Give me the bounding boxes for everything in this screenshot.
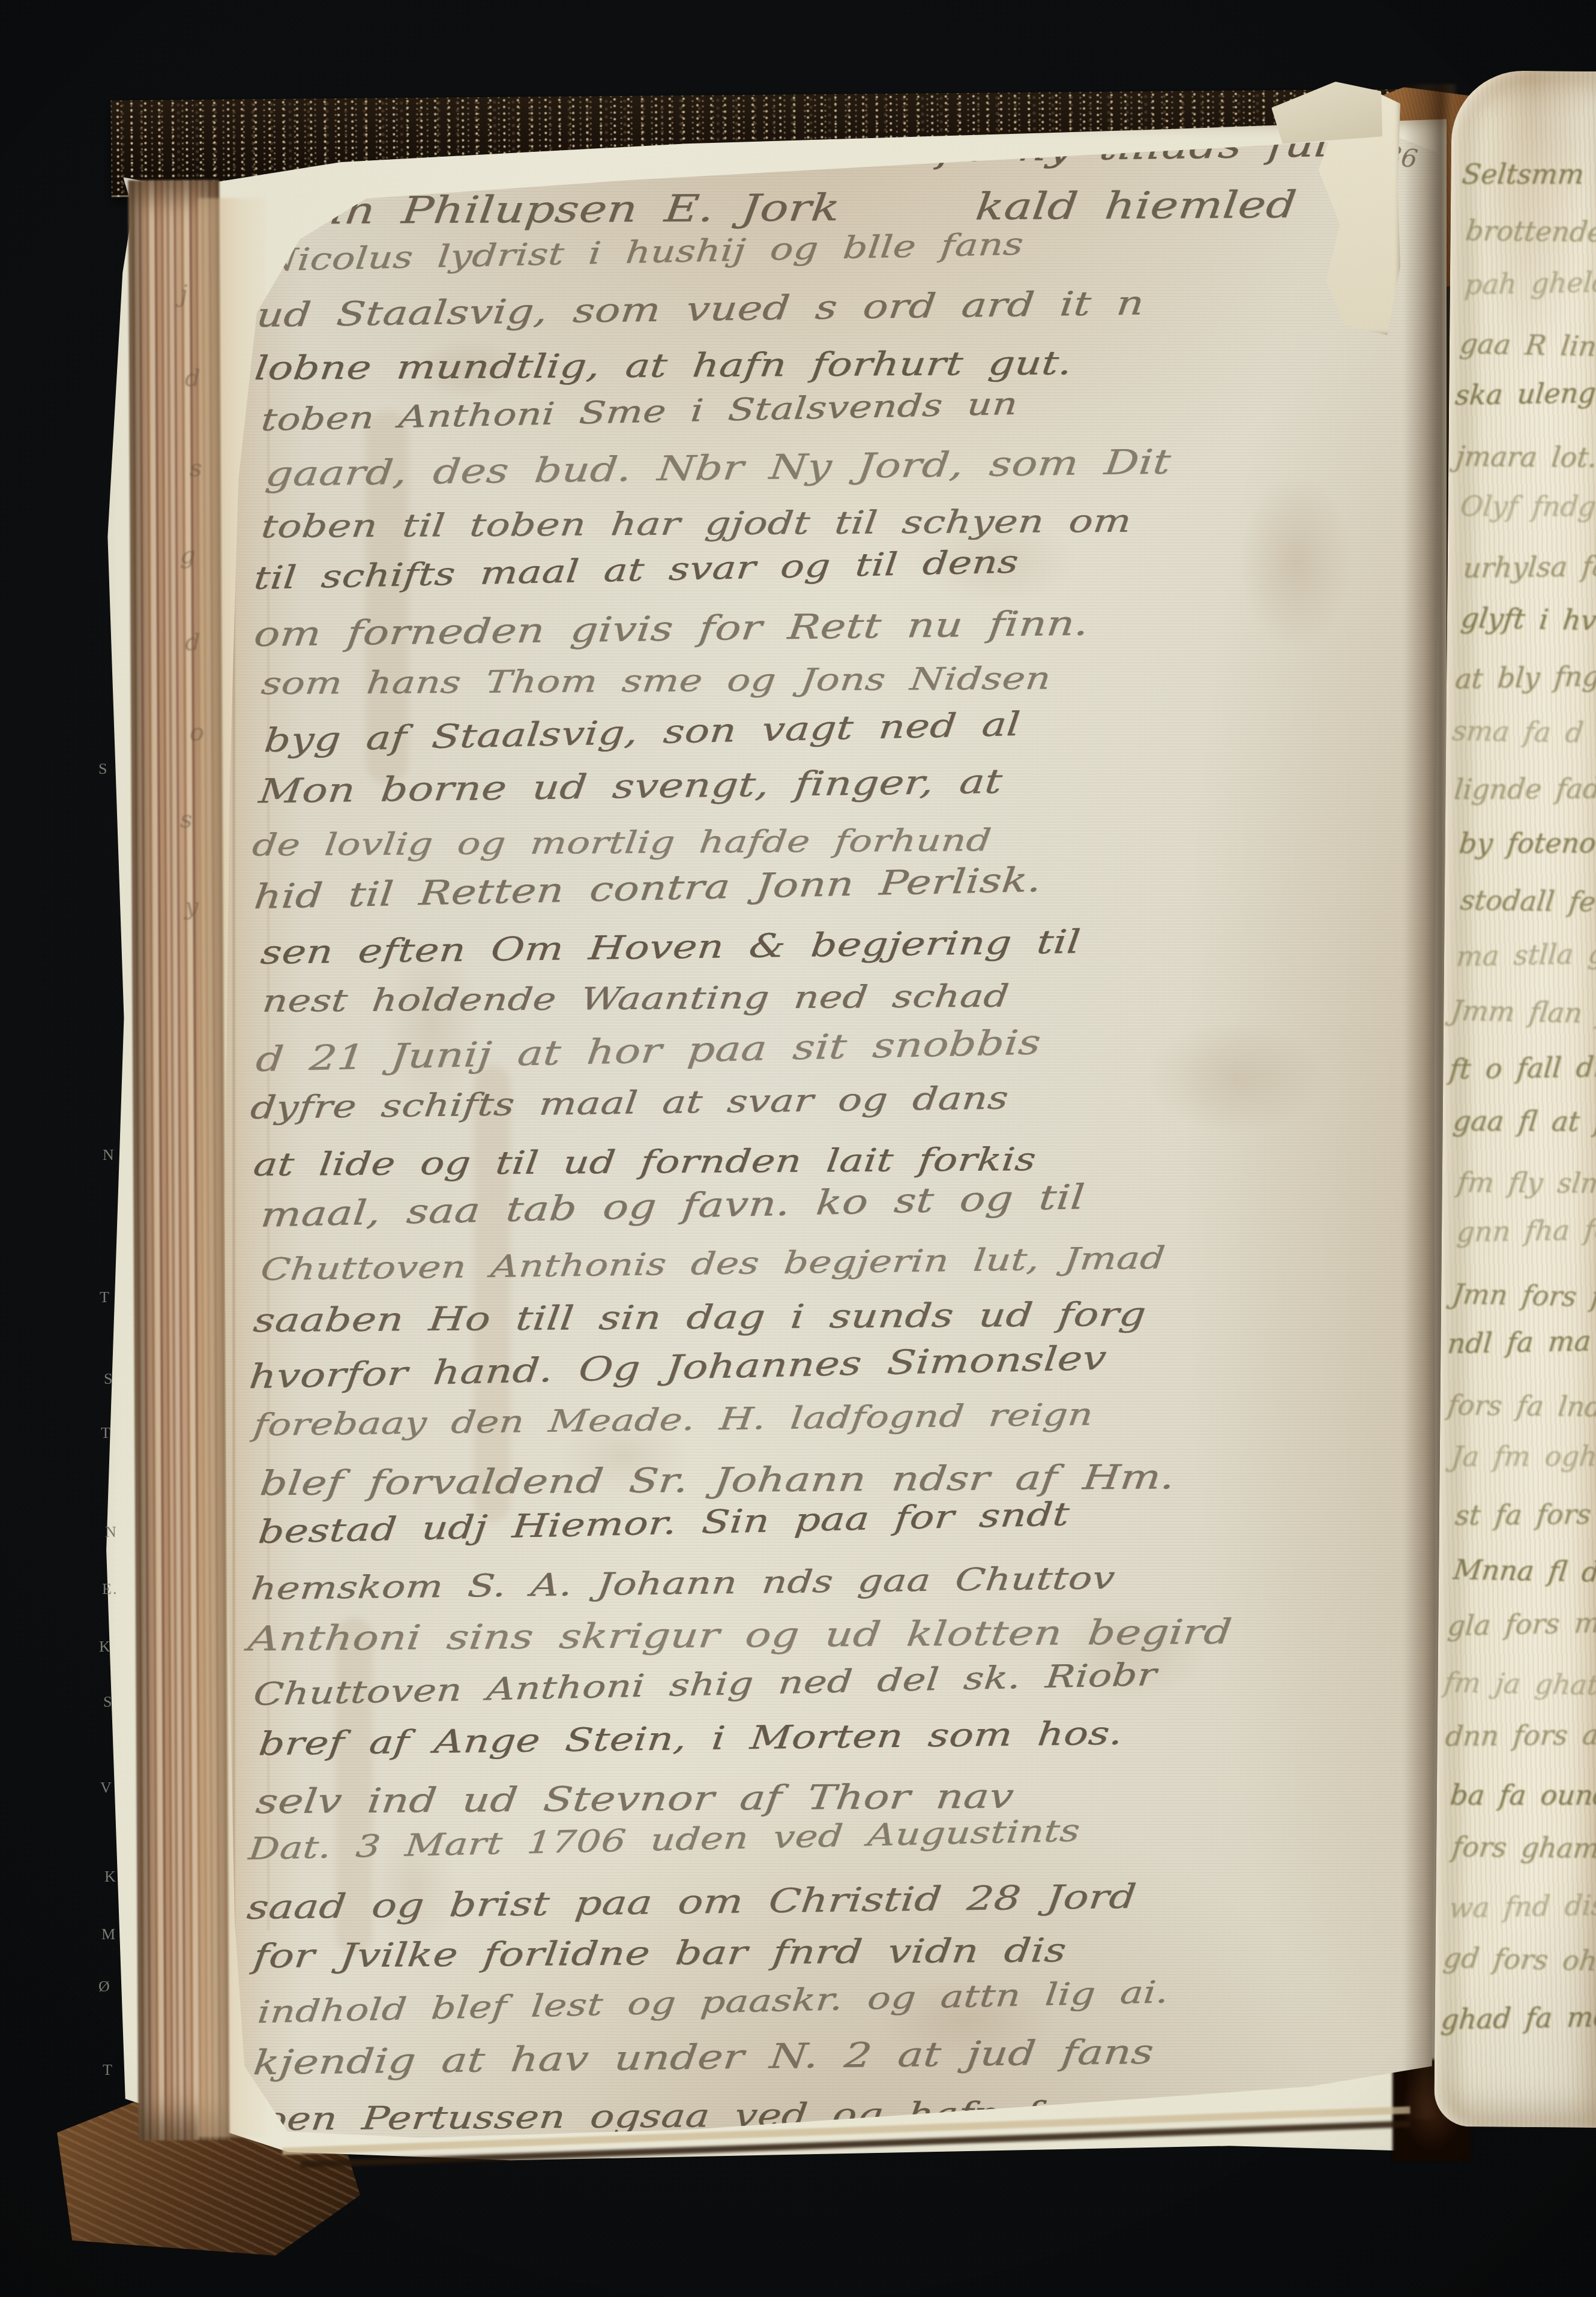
flyleaf-letter: S: [103, 1694, 113, 1710]
right-page-line: Ja fm ogha: [1450, 1442, 1596, 1470]
right-page-line: Jmm flan fors: [1450, 997, 1596, 1028]
manuscript-line: kjendig at hav under N. 2 at jud fans: [251, 2035, 1155, 2080]
flyleaf-letter: T: [100, 1290, 110, 1305]
flyleaf-letter: N: [103, 1147, 115, 1163]
manuscript-line: dyfre schifts maal at svar og dans: [249, 1082, 1010, 1124]
manuscript-line: Dat. 3 Mart 1706 uden ved Augustints: [247, 1816, 1082, 1865]
flyleaf-letter: K: [99, 1639, 112, 1655]
manuscript-line: som hans Thom sme og Jons Nidsen: [259, 664, 1052, 700]
right-page-line: gaa R lin sklg: [1458, 330, 1596, 361]
manuscript-line: forebaay den Meade. H. ladfognd reign: [252, 1399, 1095, 1441]
manuscript-line: saaben Ho till sin dag i sunds ud forg: [251, 1298, 1148, 1337]
right-page-line: Olyf fndg fra d: [1459, 492, 1596, 521]
right-page-line: jmara lot. ol 28: [1455, 442, 1596, 472]
right-page-line: wa fnd dis: [1448, 1891, 1596, 1922]
right-page-line: sma fa d o by: [1451, 717, 1596, 748]
manuscript-line: toben til toben har gjodt til schyen om: [260, 506, 1133, 543]
manuscript-line: lobne mundtlig, at hafn forhurt gut.: [253, 346, 1074, 385]
margin-ink-mark: s: [180, 807, 193, 832]
right-page-line: ghad fa mo: [1440, 2003, 1596, 2033]
right-page-line: fors fa lnd: [1446, 1391, 1596, 1420]
flyleaf-letter: S: [104, 1371, 113, 1387]
right-page-line: gaa fl at fly: [1451, 1107, 1596, 1135]
right-page-line: st fa fors g: [1454, 1500, 1596, 1529]
right-page-line: dnn fors a: [1444, 1721, 1596, 1750]
manuscript-line: bref af Ange Stein, i Morten som hos.: [257, 1717, 1125, 1760]
manuscript-line: ud Staalsvig, som vued s ord ard it n: [254, 287, 1146, 333]
right-page-line: fm ja ghat: [1442, 1668, 1596, 1699]
right-page-line: pah gheld flim: [1464, 267, 1596, 298]
right-page-line: lignde fad o: [1453, 774, 1596, 803]
right-page-line: Jmn fors fa: [1451, 1280, 1596, 1311]
flyleaf-letter: Ø: [98, 1979, 111, 1994]
right-page-line: urhylsa fan til: [1462, 552, 1596, 582]
right-page-line: gla fors ma: [1447, 1608, 1596, 1640]
right-page-line: gd fors ohm: [1442, 1944, 1596, 1975]
right-page-line: Mnna fl da: [1451, 1556, 1596, 1586]
flyleaf-letter: T: [101, 1425, 112, 1441]
manuscript-line: at lide og til ud fornden lait forkis: [252, 1143, 1038, 1180]
handwritten-text-block: N. / At jndfangs b. hinden fir ny tillad…: [210, 129, 1441, 2170]
right-page-line: fors gham d: [1451, 1833, 1596, 1862]
right-page-line: at bly fng fen: [1454, 661, 1596, 693]
right-page-line: glyft i hvor 3: [1459, 604, 1596, 635]
manuscript-line: hid til Retten contra Jonn Perlisk.: [252, 863, 1043, 914]
manuscript-line: toben Anthoni Sme i Stalsvends un: [260, 389, 1019, 436]
manuscript-line: Nicolus lydrist i hushij og blle fans: [262, 229, 1025, 276]
right-page-text-block: Seltsmm mne ghelftbrottende Junmgspah gh…: [1434, 70, 1596, 2128]
manuscript-line: nest holdende Waanting ned schad: [261, 982, 1011, 1018]
right-page-line: ndl fa ma g: [1447, 1326, 1596, 1357]
margin-ink-mark: g: [180, 543, 196, 567]
archival-photo-scene: SNTSTNE.KSVKMØT jdsgdosy N. / At jndfang…: [0, 0, 1596, 2297]
manuscript-line: de lovlig og mortlig hafde forhund: [250, 826, 993, 861]
right-page-line: Seltsmm mne ghelft: [1460, 160, 1596, 188]
right-page-line: stodall fens 5: [1459, 886, 1596, 917]
margin-ink-mark: y: [185, 895, 199, 919]
right-page-line: by fotenor il: [1458, 829, 1596, 857]
manuscript-line: Anthoni sins skrigur og ud klotten begir…: [246, 1615, 1233, 1656]
flyleaf-letter: T: [103, 2062, 113, 2078]
manuscript-line: maal, saa tab og favn. ko st og til: [259, 1180, 1086, 1233]
manuscript-line: om forneden givis for Rett nu finn.: [253, 606, 1091, 652]
margin-ink-mark: d: [185, 630, 200, 654]
right-page-line: ska ulenghen g: [1454, 377, 1596, 409]
manuscript-line: til schifts maal at svar og til dens: [253, 546, 1020, 594]
manuscript-line: Mon borne ud svengt, finger, at: [257, 765, 1004, 809]
manuscript-line: byg af Staalsvig, son vagt ned al: [263, 708, 1022, 757]
right-page-line: ma stlla g fo: [1456, 939, 1596, 971]
flyleaf-letter: E.: [102, 1581, 118, 1597]
manuscript-line: saad og brist paa om Christid 28 Jord: [245, 1880, 1138, 1925]
right-page-line: brottende Junmgs: [1465, 217, 1596, 247]
margin-ink-mark: s: [190, 456, 202, 480]
manuscript-line: selv ind ud Stevnor af Thor nav: [254, 1780, 1016, 1820]
manuscript-right-page: Seltsmm mne ghelftbrottende Junmgspah gh…: [1434, 70, 1596, 2128]
manuscript-line: bestad udj Hiemor. Sin paa for sndt: [257, 1498, 1071, 1548]
flyleaf-letter: K: [104, 1869, 117, 1885]
manuscript-line: hvorfor hand. Og Johannes Simonslev: [247, 1342, 1107, 1395]
margin-ink-mark: o: [190, 720, 204, 744]
right-page-line: ft o fall dm: [1448, 1053, 1596, 1083]
manuscript-line: Chuttoven Anthonis des begjerin lut, Jma…: [259, 1243, 1167, 1286]
manuscript-line: indhold blef lest og paaskr. og attn lig…: [256, 1978, 1170, 2029]
margin-ink-mark: j: [180, 282, 187, 306]
manuscript-line: Chuttoven Anthoni shig ned del sk. Riobr: [252, 1659, 1158, 1710]
flyleaf-letter: S: [98, 761, 108, 777]
manuscript-left-page: N. / At jndfangs b. hinden fir ny tillad…: [210, 129, 1441, 2170]
margin-ink-mark: d: [185, 366, 200, 390]
manuscript-line: sen eften Om Hoven & begjering til: [259, 926, 1082, 969]
manuscript-line: hemskom S. A. Johann nds gaa Chuttov: [249, 1562, 1116, 1604]
manuscript-line: for Jvilke forlidne bar fnrd vidn dis: [251, 1934, 1068, 1973]
manuscript-line: gaard, des bud. Nbr Ny Jord, som Dit: [264, 445, 1173, 492]
flyleaf-letter: N: [105, 1524, 118, 1540]
flyleaf-letter: M: [101, 1927, 116, 1942]
flyleaf-letter: V: [100, 1780, 113, 1796]
manuscript-line: d 21 Junij at hor paa sit snobbis: [254, 1025, 1043, 1077]
right-page-line: fm fly slm g: [1456, 1168, 1596, 1197]
right-page-line: gnn fha fom: [1456, 1215, 1596, 1246]
right-page-line: ba fa ound: [1449, 1781, 1596, 1809]
